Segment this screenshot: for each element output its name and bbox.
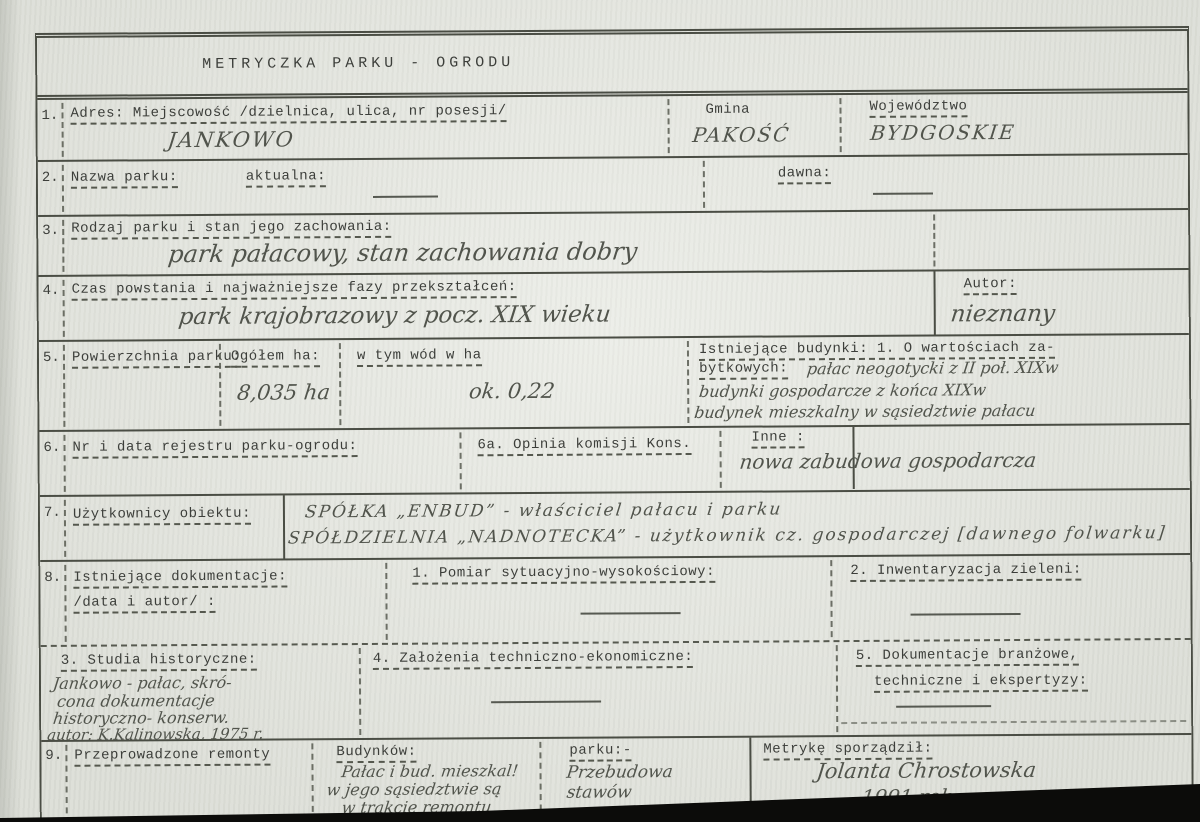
studies-label: 3. Studia historyczne: xyxy=(61,652,257,669)
renov-buildings-line1: Pałac i bud. mieszkal! xyxy=(341,761,518,781)
gmina-value: PAKOŚĆ xyxy=(693,122,791,147)
renov-park-line1: Przebudowa xyxy=(566,762,672,783)
empty-value-dash xyxy=(373,194,438,198)
greenery-label: 2. Inwentaryzacja zieleni: xyxy=(850,562,1082,579)
park-type-value: park pałacowy, stan zachowania dobry xyxy=(168,237,637,268)
branch-label-line1: 5. Dokumentacje branżowe, xyxy=(856,647,1079,664)
buildings-value-line3: budynek mieszkalny w sąsiedztwie pałacu xyxy=(694,401,1035,422)
row-documentation: 8. Istniejące dokumentacje: /data i auto… xyxy=(40,553,1190,645)
made-by-label: Metrykę sporządził: xyxy=(763,741,932,758)
empty-value-dash xyxy=(873,191,933,195)
survey-label: 1. Pomiar sytuacyjno-wysokościowy: xyxy=(412,564,715,582)
current-name-label: aktualna: xyxy=(246,168,326,184)
branch-label-line2: techniczne i ekspertyzy: xyxy=(874,673,1088,690)
register-label: Nr i data rejestru parku-ogrodu: xyxy=(72,438,357,456)
users-line2: SPÓŁDZIELNIA „NADNOTECKA” - użytkownik c… xyxy=(288,523,1166,548)
users-divider xyxy=(283,495,285,558)
other-label: Inne : xyxy=(751,429,805,445)
voivodeship-value: BYDGOSKIE xyxy=(871,120,1016,145)
empty-value-dash xyxy=(581,610,681,615)
row-creation-time: 4. Czas powstania i najważniejsze fazy p… xyxy=(38,268,1188,340)
row-number: 3. xyxy=(42,223,59,239)
row-number: 5. xyxy=(43,350,60,366)
users-line1: SPÓŁKA „ENBUD” - właściciel pałacu i par… xyxy=(305,499,783,522)
metryczka-form: METRYCZKA PARKU - OGRODU 1. Adres: Miejs… xyxy=(35,26,1194,822)
row-number: 7. xyxy=(44,505,61,521)
studies-line1: Jankowo - pałac, skró- xyxy=(53,673,232,693)
buildings-label-line2: bytkowych: xyxy=(699,360,788,377)
tech-label: 4. Założenia techniczno-ekonomiczne: xyxy=(373,649,694,667)
park-name-label: Nazwa parku: xyxy=(71,169,178,186)
area-water-value: ok. 0,22 xyxy=(469,379,555,404)
address-value: JANKOWO xyxy=(168,127,295,152)
other-value: nowa zabudowa gospodarcza xyxy=(740,448,1037,474)
renov-park-line2: stawów xyxy=(567,782,632,802)
renov-buildings-label: Budynków: xyxy=(336,744,416,760)
address-label: Adres: Miejscowość /dzielnica, ulica, nr… xyxy=(70,103,506,122)
author-box-border xyxy=(933,272,935,335)
author-value: nieznany xyxy=(951,301,1055,328)
creation-time-value: park krajobrazowy z pocz. XIX wieku xyxy=(179,301,611,330)
docs-label-line2: /data i autor/ : xyxy=(73,594,216,611)
row-number: 9. xyxy=(45,748,62,764)
row-area: 5. Powierzchnia parku: Ogółem ha: 8,035 … xyxy=(39,333,1190,430)
row-users: 7. Użytkownicy obiektu: SPÓŁKA „ENBUD” -… xyxy=(40,488,1190,560)
title-row: METRYCZKA PARKU - OGRODU xyxy=(37,31,1187,95)
inner-dashed-line xyxy=(841,720,1186,724)
row-number: 2. xyxy=(42,170,59,186)
former-name-label: dawna: xyxy=(778,165,832,181)
row-address: 1. Adres: Miejscowość /dzielnica, ulica,… xyxy=(37,88,1187,160)
row-park-name: 2. Nazwa parku: aktualna: dawna: xyxy=(38,153,1188,215)
empty-value-dash xyxy=(491,699,601,704)
row-number: 1. xyxy=(41,108,58,124)
author-label: Autor: xyxy=(964,276,1018,292)
renov-park-label: parku:- xyxy=(569,742,631,758)
docs-label-line1: Istniejące dokumentacje: xyxy=(73,568,287,585)
area-label: Powierzchnia parku: xyxy=(72,349,241,366)
renovations-label: Przeprowadzone remonty xyxy=(74,747,270,764)
voivodeship-label: Województwo xyxy=(869,98,967,115)
park-type-label: Rodzaj parku i stan jego zachowania: xyxy=(71,219,392,237)
form-title: METRYCZKA PARKU - OGRODU xyxy=(202,54,514,73)
row-number: 8. xyxy=(44,570,61,586)
creation-time-label: Czas powstania i najważniejsze fazy prze… xyxy=(72,279,517,298)
row-register: 6. Nr i data rejestru parku-ogrodu: 6a. … xyxy=(39,423,1189,495)
row-studies: 3. Studia historyczne: Jankowo - pałac, … xyxy=(41,638,1192,740)
users-label: Użytkownicy obiektu: xyxy=(73,506,251,523)
scanned-document-page: METRYCZKA PARKU - OGRODU 1. Adres: Miejs… xyxy=(0,0,1200,822)
area-total-label: Ogółem ha: xyxy=(231,348,320,365)
gmina-label: Gmina xyxy=(705,102,750,118)
opinion-label: 6a. Opinia komisji Kons. xyxy=(477,436,691,453)
area-total-value: 8,035 ha xyxy=(237,380,330,405)
made-by-line1: Jolanta Chrostowska xyxy=(816,758,1036,783)
empty-value-dash xyxy=(896,703,991,708)
row-park-type: 3. Rodzaj parku i stan jego zachowania: … xyxy=(38,208,1188,275)
empty-value-dash xyxy=(911,611,1021,616)
buildings-value-line1: pałac neogotycki z II poł. XIXw xyxy=(807,358,1059,379)
renov-buildings-line2: w jego sąsiedztwie są xyxy=(327,779,502,799)
paper-edge-shadow xyxy=(0,0,26,822)
area-water-label: w tym wód w ha xyxy=(357,347,482,364)
buildings-value-line2: budynki gospodarcze z końca XIXw xyxy=(699,380,986,401)
row-number: 6. xyxy=(43,440,60,456)
row-number: 4. xyxy=(43,283,60,299)
buildings-label-line1: Istniejące budynki: 1. O wartościach za- xyxy=(699,340,1055,358)
